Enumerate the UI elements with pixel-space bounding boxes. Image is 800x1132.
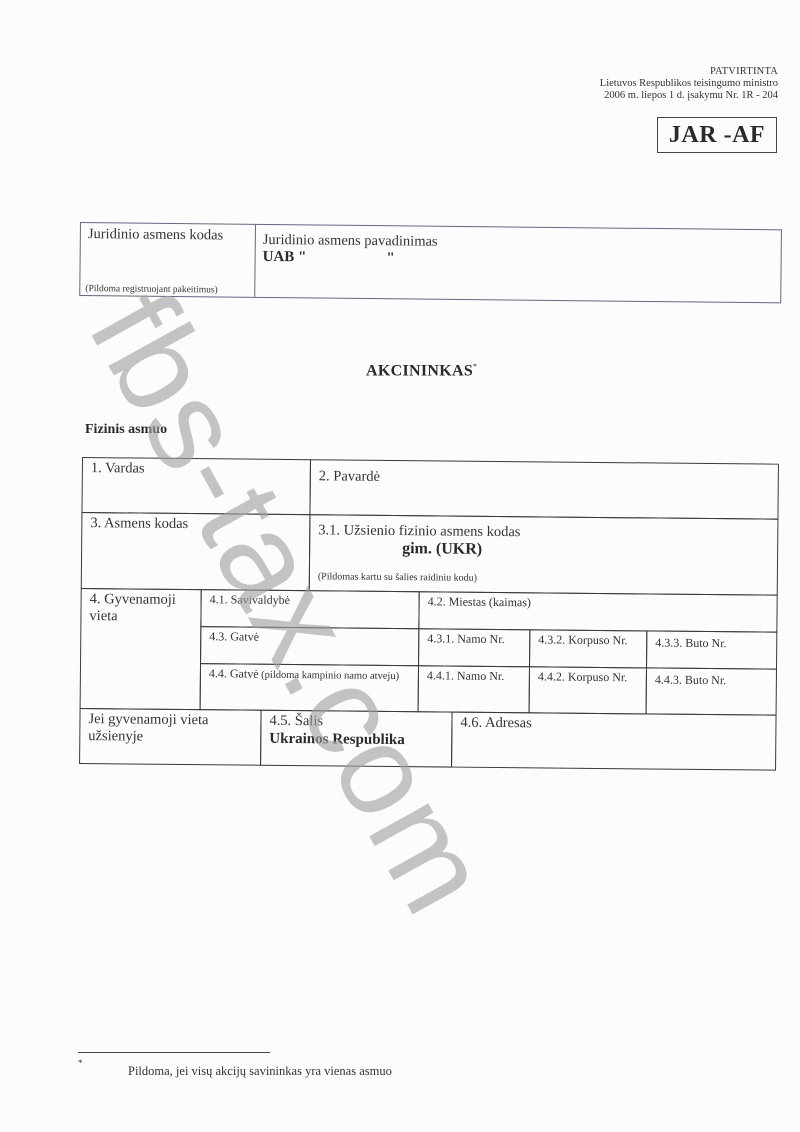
- approval-order: 2006 m. liepos 1 d. įsakymu Nr. 1R - 204: [600, 90, 778, 102]
- personal-code-cell[interactable]: 3. Asmens kodas: [81, 512, 311, 591]
- legal-entity-code-note: (Pildoma registruojant pakeitimus): [85, 284, 218, 295]
- footnote-text: Pildoma, jei visų akcijų savininkas yra …: [128, 1064, 392, 1079]
- footnote-mark: *: [78, 1058, 83, 1068]
- abroad-residence-cell: Jei gyvenamoji vieta užsienyje: [79, 708, 262, 766]
- corner-building-number-cell[interactable]: 4.4.2. Korpuso Nr.: [529, 666, 647, 714]
- foreign-code-value: gim. (UKR): [402, 540, 769, 562]
- house-number-cell[interactable]: 4.3.1. Namo Nr.: [418, 628, 530, 667]
- approval-block: PATVIRTINTA Lietuvos Respublikos teising…: [600, 66, 778, 102]
- legal-entity-name-value: UAB "": [263, 249, 395, 267]
- legal-entity-name-cell[interactable]: Juridinio asmens pavadinimas UAB "": [255, 225, 781, 302]
- subsection-title: Fizinis asmuo: [85, 422, 167, 438]
- house-number-label: 4.3.1. Namo Nr.: [427, 631, 521, 646]
- corner-house-number-label: 4.4.1. Namo Nr.: [427, 668, 521, 683]
- building-number-cell[interactable]: 4.3.2. Korpuso Nr.: [529, 629, 647, 668]
- corner-street-cell[interactable]: 4.4. Gatvė (pildoma kampinio namo atveju…: [200, 663, 419, 712]
- legal-entity-name-prefix: UAB ": [263, 249, 307, 265]
- city-label: 4.2. Miestas (kaimas): [428, 594, 769, 611]
- last-name-label: 2. Pavardė: [319, 468, 770, 489]
- street-cell[interactable]: 4.3. Gatvė: [200, 626, 419, 666]
- document-page: PATVIRTINTA Lietuvos Respublikos teising…: [0, 0, 800, 1132]
- foreign-code-note: (Pildomas kartu su šalies raidiniu kodu): [318, 571, 769, 586]
- approval-authority: Lietuvos Respublikos teisingumo ministro: [600, 78, 778, 90]
- foreign-code-label: 3.1. Užsienio fizinio asmens kodas: [318, 522, 769, 543]
- first-name-cell[interactable]: 1. Vardas: [81, 457, 311, 515]
- foreign-code-cell[interactable]: 3.1. Užsienio fizinio asmens kodas gim. …: [309, 514, 779, 595]
- legal-entity-code-label: Juridinio asmens kodas: [88, 226, 223, 244]
- street-label: 4.3. Gatvė: [209, 629, 410, 645]
- address-cell[interactable]: 4.6. Adresas: [451, 712, 777, 771]
- form-code-box: JAR -AF: [657, 117, 777, 153]
- abroad-residence-label: Jei gyvenamoji vieta užsienyje: [88, 711, 252, 747]
- city-cell[interactable]: 4.2. Miestas (kaimas): [418, 591, 777, 632]
- municipality-label: 4.1. Savivaldybė: [210, 592, 411, 608]
- country-cell[interactable]: 4.5. Šalis Ukrainos Respublika: [260, 710, 453, 768]
- address-label: 4.6. Adresas: [460, 715, 767, 735]
- section-title-text: AKCININKAS: [366, 362, 473, 379]
- corner-street-label: 4.4. Gatvė (pildoma kampinio namo atveju…: [209, 666, 410, 684]
- country-value: Ukrainos Respublika: [269, 730, 443, 750]
- legal-entity-name-suffix: ": [386, 250, 394, 266]
- redacted-name: [306, 261, 386, 262]
- legal-entity-name-label: Juridinio asmens pavadinimas: [263, 232, 438, 251]
- approval-title: PATVIRTINTA: [600, 66, 778, 78]
- corner-flat-number-cell[interactable]: 4.4.3. Buto Nr.: [646, 667, 777, 715]
- legal-entity-table: Juridinio asmens kodas (Pildoma registru…: [79, 222, 782, 303]
- legal-entity-code-cell[interactable]: Juridinio asmens kodas (Pildoma registru…: [80, 223, 256, 297]
- building-number-label: 4.3.2. Korpuso Nr.: [538, 632, 638, 647]
- natural-person-table: 1. Vardas 2. Pavardė 3. Asmens kodas 3.1…: [79, 457, 779, 774]
- corner-street-label-main: 4.4. Gatvė: [209, 666, 259, 680]
- country-label: 4.5. Šalis: [269, 713, 443, 732]
- corner-house-number-cell[interactable]: 4.4.1. Namo Nr.: [418, 665, 530, 713]
- flat-number-cell[interactable]: 4.3.3. Buto Nr.: [646, 630, 777, 669]
- residence-cell: 4. Gyvenamoji vieta: [80, 588, 202, 710]
- personal-code-label: 3. Asmens kodas: [90, 515, 301, 534]
- residence-label: 4. Gyvenamoji vieta: [89, 591, 192, 626]
- footnote-divider: [78, 1052, 270, 1053]
- municipality-cell[interactable]: 4.1. Savivaldybė: [200, 589, 419, 629]
- last-name-cell[interactable]: 2. Pavardė: [309, 459, 779, 519]
- corner-building-number-label: 4.4.2. Korpuso Nr.: [538, 669, 638, 684]
- footnote-reference-mark: *: [473, 362, 477, 371]
- first-name-label: 1. Vardas: [91, 460, 302, 479]
- corner-street-label-note: (pildoma kampinio namo atveju): [259, 670, 400, 682]
- section-title: AKCININKAS*: [366, 362, 477, 380]
- corner-flat-number-label: 4.4.3. Buto Nr.: [655, 673, 768, 688]
- flat-number-label: 4.3.3. Buto Nr.: [655, 636, 768, 651]
